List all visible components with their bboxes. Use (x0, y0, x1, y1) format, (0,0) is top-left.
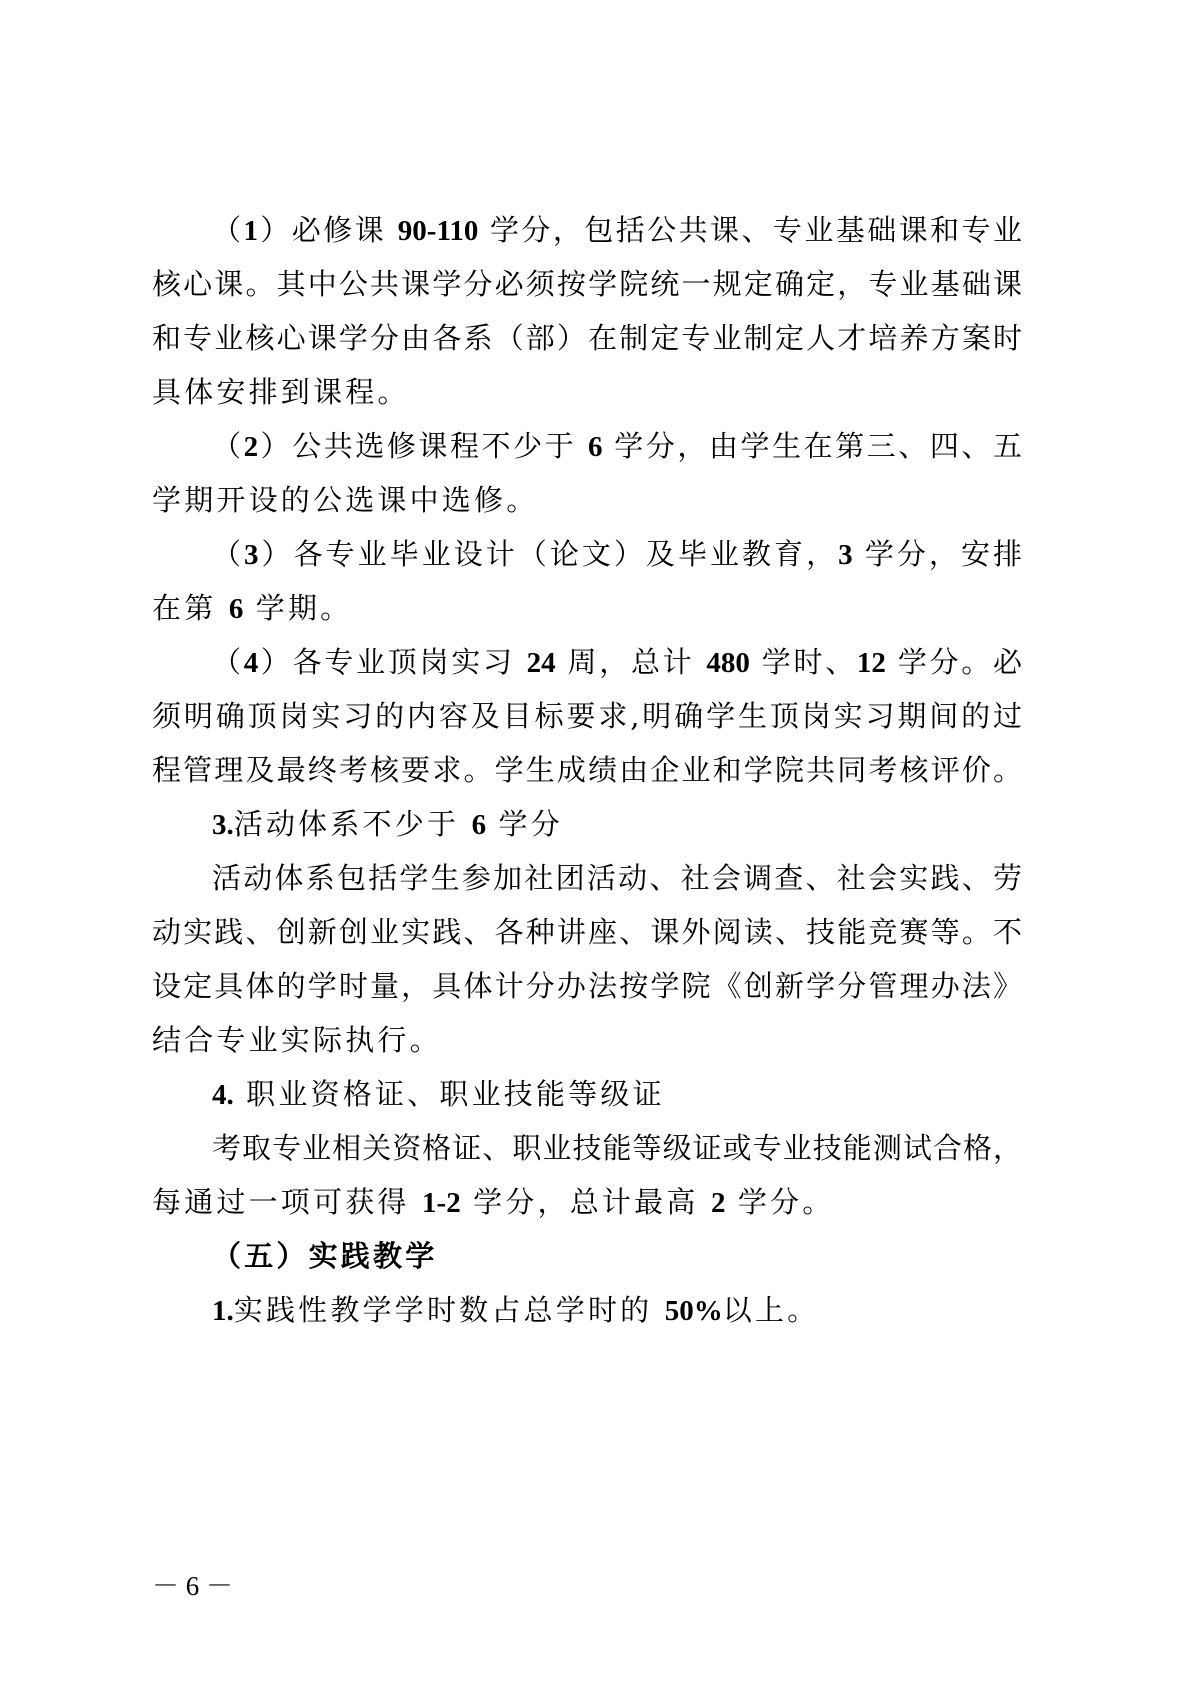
text-run: 学分，由学生在第三、四、五 (603, 429, 1023, 463)
text-run: 学期开设的公选课中选修。 (152, 483, 538, 517)
text-run: 480 (706, 647, 750, 679)
text-line: 具体安排到课程。 (152, 372, 1052, 412)
text-run: 12 (857, 647, 886, 679)
text-line: 4. 职业资格证、职业技能等级证 (212, 1074, 1112, 1114)
text-run: ）各专业顶岗实习 (258, 645, 526, 679)
text-run: 周，总计 (556, 645, 707, 679)
text-run: 6 (472, 809, 487, 841)
text-line: 核心课。其中公共课学分必须按学院统一规定确定，专业基础课 (152, 264, 1022, 304)
document-page: （1）必修课 90-110 学分，包括公共课、专业基础课和专业核心课。其中公共课… (0, 0, 1190, 1683)
text-run: 设定具体的学时量，具体计分办法按学院《创新学分管理办法》 (152, 969, 1022, 1003)
text-run: （ (212, 429, 244, 463)
text-line: 在第 6 学期。 (152, 588, 1052, 628)
text-run: 实践性教学学时数占总学时的 (234, 1293, 665, 1327)
text-run: （ (212, 645, 244, 679)
text-line: 程管理及最终考核要求。学生成绩由企业和学院共同考核评价。 (152, 750, 1022, 790)
text-run: 2 (711, 1187, 726, 1219)
text-run: 1-2 (422, 1187, 461, 1219)
text-run: 6 (588, 431, 603, 463)
text-run: 4. (212, 1079, 234, 1111)
text-line: （4）各专业顶岗实习 24 周，总计 480 学时、12 学分。必 (212, 642, 1022, 682)
text-line: 活动体系包括学生参加社团活动、社会调查、社会实践、劳 (212, 858, 1022, 898)
text-run: 具体安排到课程。 (152, 375, 410, 409)
text-run: 3 (244, 539, 259, 571)
text-line: 动实践、创新创业实践、各种讲座、课外阅读、技能竞赛等。不 (152, 912, 1022, 952)
text-run: ）必修课 (258, 213, 398, 247)
text-line: （2）公共选修课程不少于 6 学分，由学生在第三、四、五 (212, 426, 1022, 466)
text-run: （五）实践教学 (212, 1239, 437, 1273)
text-run: 在第 (152, 591, 229, 625)
text-run: ）各专业毕业设计（论文）及毕业教育， (259, 537, 839, 571)
text-run: 学分，包括公共课、专业基础课和专业 (478, 213, 1022, 247)
text-run: 程管理及最终考核要求。学生成绩由企业和学院共同考核评价。 (152, 753, 1022, 787)
text-run: 学时、 (750, 645, 857, 679)
text-run: 每通过一项可获得 (152, 1185, 422, 1219)
text-run: 3. (212, 809, 234, 841)
text-run: 以上。 (723, 1293, 820, 1327)
text-run: 结合专业实际执行。 (152, 1023, 442, 1057)
text-line: 须明确顶岗实习的内容及目标要求,明确学生顶岗实习期间的过 (152, 696, 1022, 736)
text-run: （ (212, 537, 244, 571)
text-run: 动实践、创新创业实践、各种讲座、课外阅读、技能竞赛等。不 (152, 915, 1022, 949)
text-run: 2 (244, 431, 259, 463)
text-run: 学分。 (725, 1185, 834, 1219)
text-run: 学分 (486, 807, 563, 841)
text-run: ）公共选修课程不少于 (258, 429, 588, 463)
text-line: 结合专业实际执行。 (152, 1020, 1052, 1060)
text-line: 考取专业相关资格证、职业技能等级证或专业技能测试合格， (212, 1128, 1022, 1168)
text-run: 1. (212, 1295, 234, 1327)
text-run: 和专业核心课学分由各系（部）在制定专业制定人才培养方案时 (152, 321, 1022, 355)
text-run: （ (212, 213, 243, 247)
text-run: 活动体系包括学生参加社团活动、社会调查、社会实践、劳 (212, 861, 1022, 895)
text-line: 学期开设的公选课中选修。 (152, 480, 1052, 520)
text-run: 学分，安排 (853, 537, 1022, 571)
text-line: 1.实践性教学学时数占总学时的 50%以上。 (212, 1290, 1112, 1330)
text-line: 和专业核心课学分由各系（部）在制定专业制定人才培养方案时 (152, 318, 1022, 358)
text-line: 3.活动体系不少于 6 学分 (212, 804, 1112, 844)
text-run: 24 (527, 647, 556, 679)
text-line: 每通过一项可获得 1-2 学分，总计最高 2 学分。 (152, 1182, 1052, 1222)
text-run: 活动体系不少于 (234, 807, 472, 841)
text-run: 3 (838, 539, 853, 571)
text-run: 4 (244, 647, 259, 679)
text-run: 学期。 (243, 591, 352, 625)
text-line: （3）各专业毕业设计（论文）及毕业教育，3 学分，安排 (212, 534, 1022, 574)
text-line: 设定具体的学时量，具体计分办法按学院《创新学分管理办法》 (152, 966, 1022, 1006)
text-line: （1）必修课 90-110 学分，包括公共课、专业基础课和专业 (212, 210, 1022, 250)
text-run: 学分。必 (886, 645, 1022, 679)
text-run: 职业资格证、职业技能等级证 (234, 1077, 665, 1111)
section-heading: （五）实践教学 (212, 1236, 1112, 1276)
text-run: 90-110 (398, 215, 479, 247)
text-run: 1 (243, 215, 258, 247)
text-run: 须明确顶岗实习的内容及目标要求,明确学生顶岗实习期间的过 (152, 699, 1022, 733)
text-run: 考取专业相关资格证、职业技能等级证或专业技能测试合格， (212, 1131, 1022, 1165)
text-run: 6 (229, 593, 244, 625)
text-run: 学分，总计最高 (461, 1185, 711, 1219)
text-run: 核心课。其中公共课学分必须按学院统一规定确定，专业基础课 (152, 267, 1022, 301)
text-run: 50% (665, 1295, 723, 1327)
page-number: － 6 － (152, 1568, 233, 1604)
